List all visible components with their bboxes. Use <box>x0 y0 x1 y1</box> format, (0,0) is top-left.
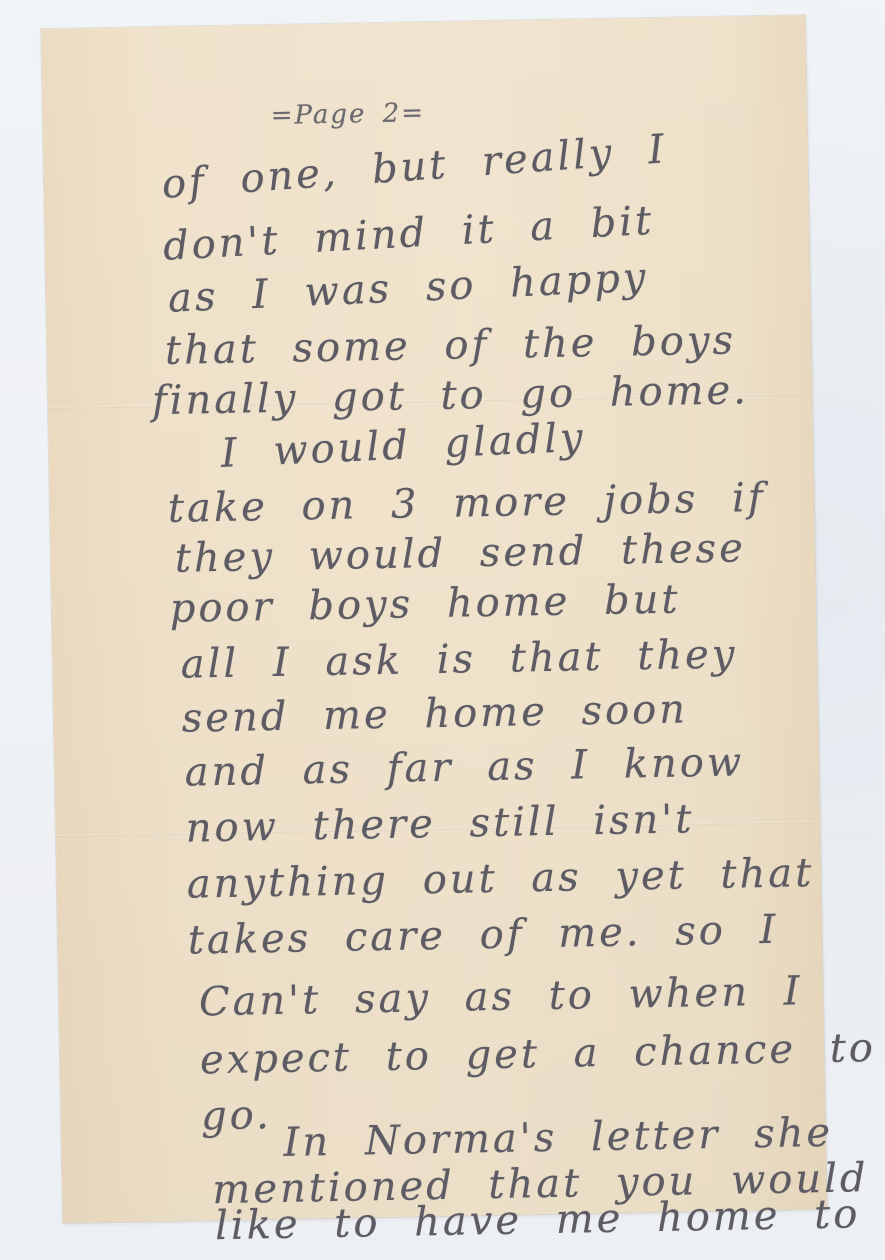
text-line: takes care of me. so I <box>187 910 778 961</box>
letter-paper: =Page 2= of one, but really I don't mind… <box>41 15 827 1223</box>
text-line: Can't say as to when I <box>199 971 803 1022</box>
page-number-header: =Page 2= <box>271 100 426 129</box>
text-line: like to have me home to <box>215 1194 861 1246</box>
text-line: that some of the boys <box>165 320 737 370</box>
text-line: send me home soon <box>181 689 688 738</box>
text-line: and as far as I know <box>184 742 744 792</box>
text-line: of one, but really I <box>161 129 669 205</box>
text-line: go. <box>201 1095 272 1136</box>
text-line: finally got to go home. <box>152 370 750 421</box>
text-line: anything out as yet that <box>186 853 814 904</box>
text-line: all I ask is that they <box>180 634 737 684</box>
text-line: now there still isn't <box>185 799 694 848</box>
text-line: take on 3 more jobs if <box>168 478 766 529</box>
handwritten-text: =Page 2= of one, but really I don't mind… <box>41 15 827 1223</box>
text-line: In Norma's letter she <box>283 1113 833 1163</box>
text-line: I would gladly <box>220 418 586 474</box>
text-line: they would send these <box>174 528 746 578</box>
text-line: expect to get a chance to <box>200 1028 877 1080</box>
text-line: poor boys home but <box>169 579 680 628</box>
text-line: as I was so happy <box>167 257 649 318</box>
